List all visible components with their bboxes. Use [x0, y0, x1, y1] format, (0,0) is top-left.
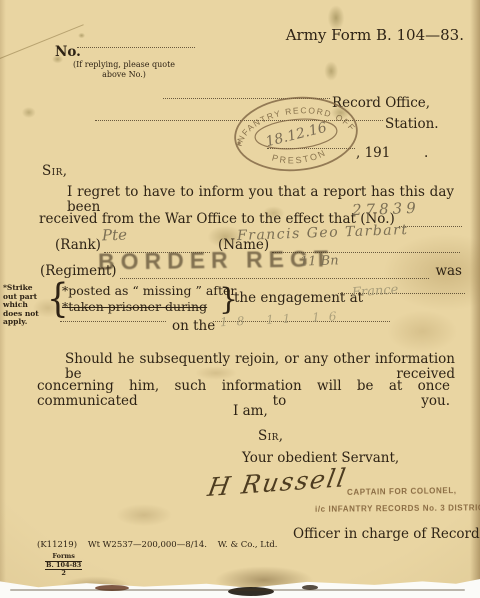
service-number-handwritten: 27839	[352, 199, 420, 219]
svg-text:PRESTON: PRESTON	[270, 147, 329, 168]
option-posted-missing: *posted as “ missing ” after	[62, 283, 236, 299]
was-label: was	[435, 263, 462, 279]
regiment-rubber-stamp: BORDER REGT	[98, 245, 334, 275]
on-the-left-dotted-line	[60, 319, 166, 322]
oval-date-stamp: INFANTRY RECORD OFFICE PRESTON 18.12.16	[227, 88, 365, 179]
forms-stack-bottom: 2	[45, 570, 82, 578]
form-number: Army Form B. 104—83.	[286, 26, 464, 44]
captain-for-colonel-stamp: CAPTAIN FOR COLONEL,	[347, 486, 457, 497]
rank-label: (Rank)	[55, 237, 101, 253]
strike-out-options: *posted as “ missing ” after *taken pris…	[62, 283, 236, 314]
battalion-handwritten: 11 Bn	[300, 253, 339, 269]
scanned-document: Army Form B. 104—83. No. (If replying, p…	[0, 0, 480, 598]
stamp-date-handwritten: 18.12.16	[264, 120, 328, 151]
no-footnote-line2: above No.)	[68, 70, 180, 80]
printer-code: (K11219) Wt W2537—200,000—8/14. W. & Co.…	[37, 540, 278, 550]
on-the-label: on the	[172, 318, 215, 334]
paper: Army Form B. 104—83. No. (If replying, p…	[0, 0, 480, 592]
obedient-servant-line: Your obedient Servant,	[242, 450, 399, 466]
no-footnote-line1: (If replying, please quote	[68, 60, 180, 70]
signature-handwritten: H Russell	[206, 463, 350, 502]
engagement-date-handwritten: 18 11 16	[220, 309, 346, 330]
officer-in-charge-line: Officer in charge of Records.	[293, 526, 480, 542]
year-period: .	[424, 145, 428, 161]
no-footnote: (If replying, please quote above No.)	[68, 60, 180, 79]
rank-handwritten: Pte	[102, 226, 128, 245]
sir-closing: Sir,	[258, 428, 283, 444]
infantry-records-stamp: i/c INFANTRY RECORDS No. 3 DISTRICT.	[315, 503, 480, 514]
regiment-dotted-line	[120, 276, 430, 279]
forms-reference-stack: Forms B. 104-83 2	[45, 553, 82, 578]
bottom-edge-shadow	[10, 589, 465, 591]
station-label: Station.	[385, 116, 439, 132]
option-taken-prisoner: *taken prisoner during	[62, 299, 236, 315]
stamp-arc-bottom-text: PRESTON	[270, 147, 329, 168]
i-am-line: I am,	[233, 403, 268, 419]
no-dotted-line	[77, 45, 195, 48]
engagement-place-handwritten: France	[352, 282, 399, 300]
salutation: Sir,	[42, 163, 67, 179]
strike-out-margin-note: *Strike out part which does not apply.	[3, 284, 49, 327]
